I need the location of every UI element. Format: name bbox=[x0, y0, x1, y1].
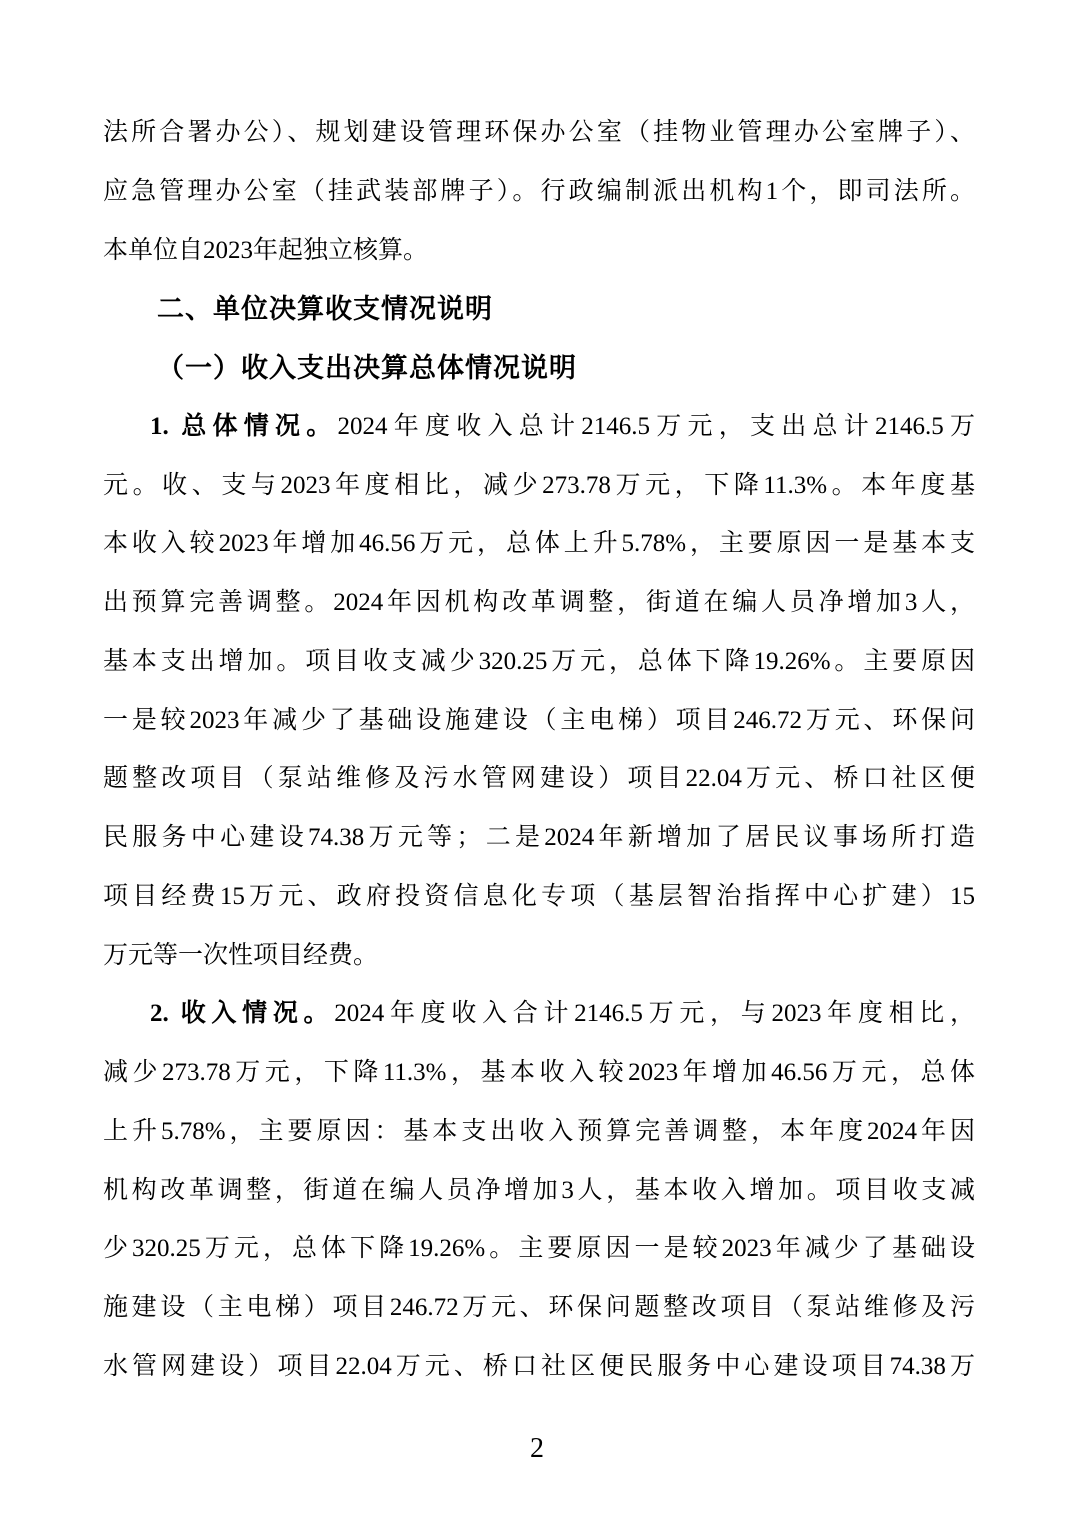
text-run: 民服务中心建设74.38万元等；二是2024年新增加了居民议事场所打造 bbox=[103, 824, 975, 851]
body-line: 减少273.78万元，下降11.3%，基本收入较2023年增加46.56万元，总… bbox=[103, 1044, 975, 1103]
text-run: 机构改革调整，街道在编人员净增加3人，基本收入增加。项目收支减 bbox=[103, 1177, 975, 1204]
body-line: 上升5.78%，主要原因：基本支出收入预算完善调整，本年度2024年因 bbox=[103, 1103, 975, 1162]
emphasis-text: （一）收入支出决算总体情况说明 bbox=[157, 353, 577, 383]
section-heading: 二、单位决算收支情况说明 bbox=[103, 280, 975, 339]
text-run: 元。收、支与2023年度相比，减少273.78万元，下降11.3%。本年度基 bbox=[103, 472, 975, 499]
body-line: 应急管理办公室（挂武装部牌子）。行政编制派出机构1个，即司法所。 bbox=[103, 163, 975, 222]
body-line: 本收入较2023年增加46.56万元，总体上升5.78%，主要原因一是基本支 bbox=[103, 515, 975, 574]
body-line: 出预算完善调整。2024年因机构改革调整，街道在编人员净增加3人， bbox=[103, 574, 975, 633]
document-page: 法所合署办公）、规划建设管理环保办公室（挂物业管理办公室牌子）、应急管理办公室（… bbox=[0, 0, 1074, 1520]
body-line: 民服务中心建设74.38万元等；二是2024年新增加了居民议事场所打造 bbox=[103, 809, 975, 868]
body-line: 基本支出增加。项目收支减少320.25万元，总体下降19.26%。主要原因 bbox=[103, 633, 975, 692]
text-run: 题整改项目（泵站维修及污水管网建设）项目22.04万元、桥口社区便 bbox=[103, 765, 975, 792]
body-line: 水管网建设）项目22.04万元、桥口社区便民服务中心建设项目74.38万 bbox=[103, 1338, 975, 1397]
text-run: 应急管理办公室（挂武装部牌子）。行政编制派出机构1个，即司法所。 bbox=[103, 178, 975, 205]
emphasis-text: 1. 总体情况。 bbox=[150, 413, 338, 440]
continuation-line: 法所合署办公）、规划建设管理环保办公室（挂物业管理办公室牌子）、 bbox=[103, 104, 975, 163]
document-body: 法所合署办公）、规划建设管理环保办公室（挂物业管理办公室牌子）、应急管理办公室（… bbox=[103, 104, 975, 1397]
text-run: 2024年度收入合计2146.5万元，与2023年度相比， bbox=[334, 1000, 975, 1027]
body-line: 元。收、支与2023年度相比，减少273.78万元，下降11.3%。本年度基 bbox=[103, 457, 975, 516]
body-line: 题整改项目（泵站维修及污水管网建设）项目22.04万元、桥口社区便 bbox=[103, 750, 975, 809]
paragraph-start-line: 1. 总体情况。2024年度收入总计2146.5万元，支出总计2146.5万 bbox=[103, 398, 975, 457]
emphasis-text: 2. 收入情况。 bbox=[150, 1000, 334, 1027]
body-line: 机构改革调整，街道在编人员净增加3人，基本收入增加。项目收支减 bbox=[103, 1162, 975, 1221]
paragraph-end-line: 万元等一次性项目经费。 bbox=[103, 927, 975, 986]
body-line: 一是较2023年减少了基础设施建设（主电梯）项目246.72万元、环保问 bbox=[103, 692, 975, 751]
text-run: 施建设（主电梯）项目246.72万元、环保问题整改项目（泵站维修及污 bbox=[103, 1294, 975, 1321]
text-run: 基本支出增加。项目收支减少320.25万元，总体下降19.26%。主要原因 bbox=[103, 648, 975, 675]
text-run: 减少273.78万元，下降11.3%，基本收入较2023年增加46.56万元，总… bbox=[103, 1059, 975, 1086]
text-run: 法所合署办公）、规划建设管理环保办公室（挂物业管理办公室牌子）、 bbox=[103, 119, 975, 146]
text-run: 万元等一次性项目经费。 bbox=[103, 942, 378, 969]
body-line: 项目经费15万元、政府投资信息化专项（基层智治指挥中心扩建）15 bbox=[103, 868, 975, 927]
body-line: 少320.25万元，总体下降19.26%。主要原因一是较2023年减少了基础设 bbox=[103, 1220, 975, 1279]
text-run: 本单位自2023年起独立核算。 bbox=[103, 237, 428, 264]
text-run: 项目经费15万元、政府投资信息化专项（基层智治指挥中心扩建）15 bbox=[103, 883, 975, 910]
subsection-heading: （一）收入支出决算总体情况说明 bbox=[103, 339, 975, 398]
text-run: 本收入较2023年增加46.56万元，总体上升5.78%，主要原因一是基本支 bbox=[103, 530, 975, 557]
text-run: 水管网建设）项目22.04万元、桥口社区便民服务中心建设项目74.38万 bbox=[103, 1353, 975, 1380]
body-line: 施建设（主电梯）项目246.72万元、环保问题整改项目（泵站维修及污 bbox=[103, 1279, 975, 1338]
text-run: 少320.25万元，总体下降19.26%。主要原因一是较2023年减少了基础设 bbox=[103, 1235, 975, 1262]
text-run: 上升5.78%，主要原因：基本支出收入预算完善调整，本年度2024年因 bbox=[103, 1118, 975, 1145]
text-run: 一是较2023年减少了基础设施建设（主电梯）项目246.72万元、环保问 bbox=[103, 707, 975, 734]
page-number: 2 bbox=[0, 1432, 1074, 1466]
text-run: 2024年度收入总计2146.5万元，支出总计2146.5万 bbox=[338, 413, 975, 440]
paragraph-start-line: 2. 收入情况。2024年度收入合计2146.5万元，与2023年度相比， bbox=[103, 985, 975, 1044]
emphasis-text: 二、单位决算收支情况说明 bbox=[157, 294, 493, 324]
text-run: 出预算完善调整。2024年因机构改革调整，街道在编人员净增加3人， bbox=[103, 589, 975, 616]
paragraph-end-line: 本单位自2023年起独立核算。 bbox=[103, 222, 975, 281]
